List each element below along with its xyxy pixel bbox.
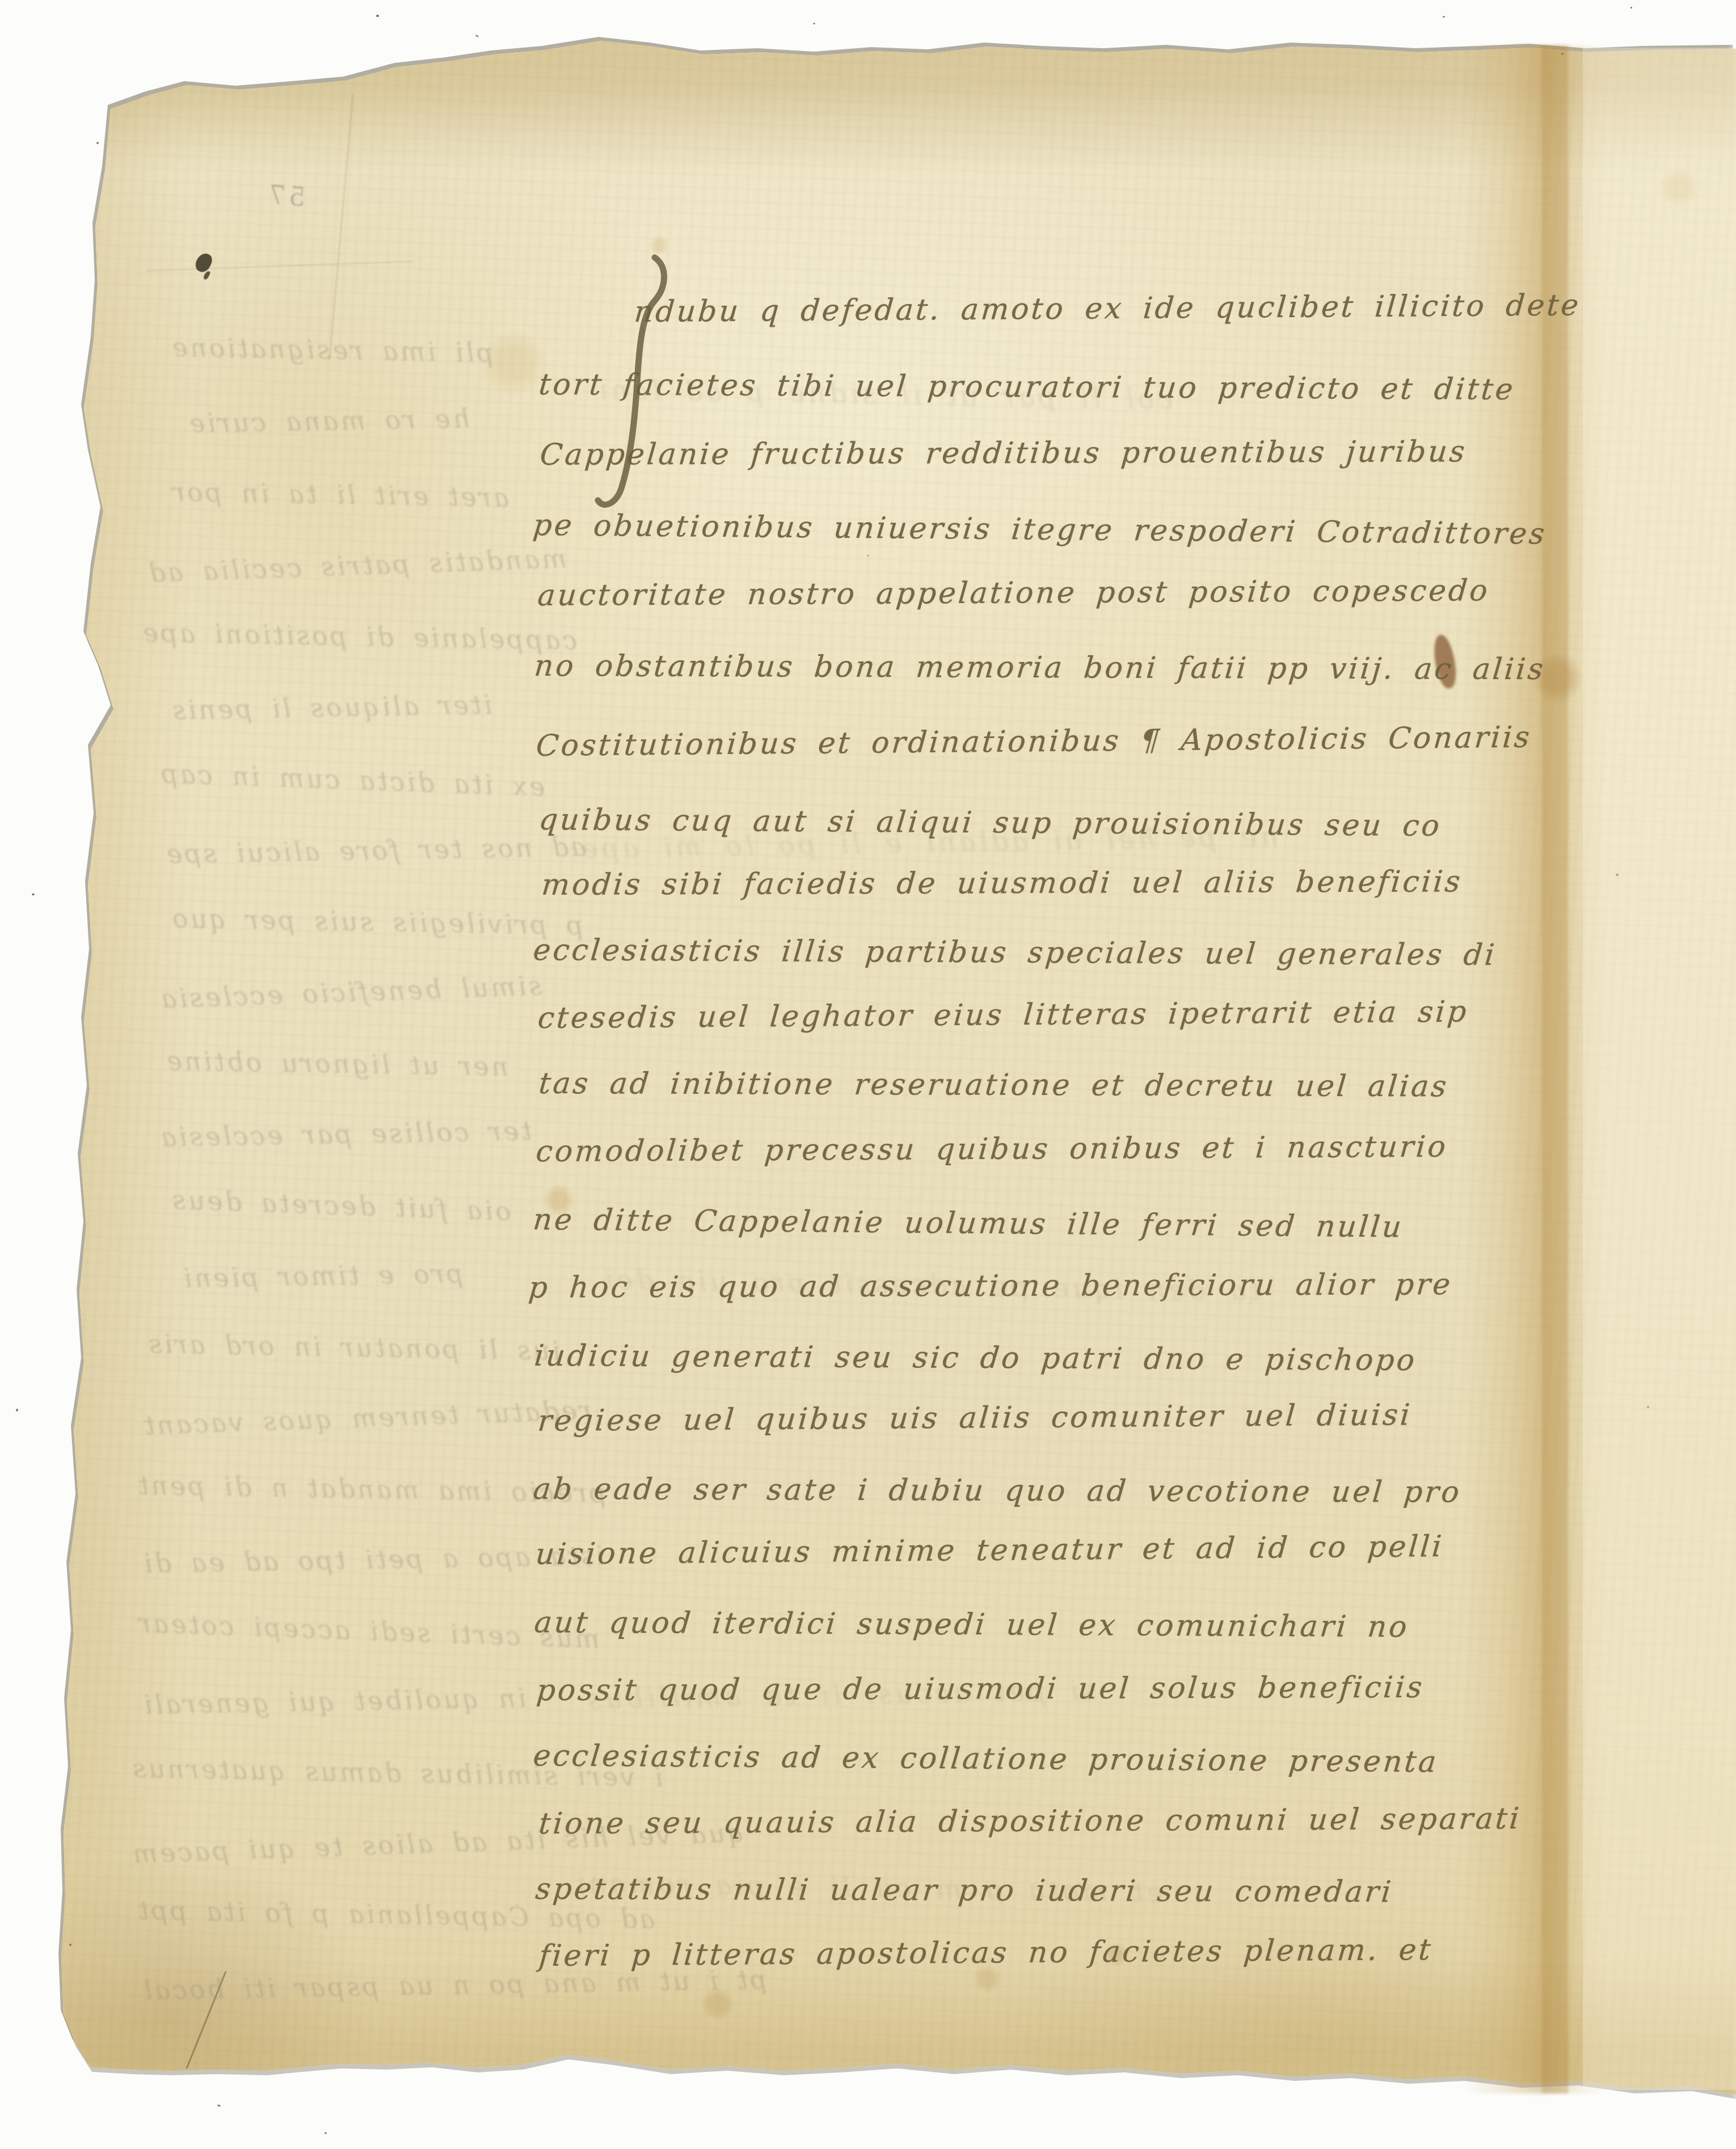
dust-speck	[96, 142, 99, 144]
bleedthrough-line: iter aliquos li penis	[170, 689, 492, 726]
fold-crease-line	[1542, 45, 1568, 2093]
dust-speck	[813, 23, 815, 24]
manuscript-line: tas ad inibitione reseruatione et decret…	[537, 1067, 1450, 1104]
paper-fleck	[867, 555, 869, 557]
dust-speck	[69, 1944, 71, 1946]
manuscript-line: Cappelanie fructibus redditibus prouenti…	[538, 435, 1468, 472]
manuscript-line: no obstantibus bona memoria boni fatii p…	[533, 649, 1547, 686]
dust-speck	[376, 15, 379, 17]
dust-speck	[217, 2104, 221, 2106]
manuscript-line: modis sibi faciedis de uiusmodi uel alii…	[540, 865, 1464, 902]
bleedthrough-line: he ro mana curie	[187, 403, 470, 439]
dust-speck	[1630, 7, 1632, 9]
folded-page-edge	[1583, 48, 1736, 2090]
manuscript-line: p hoc eis quo ad assecutione beneficioru…	[527, 1267, 1453, 1305]
manuscript-line: ecclesiasticis ad ex collatione prouisio…	[532, 1739, 1440, 1779]
manuscript-line: quibus cuq aut si aliqui sup prouisionib…	[537, 803, 1443, 843]
paper-fleck	[1647, 1406, 1649, 1408]
manuscript-line: ctesedis uel leghator eius litteras ipet…	[537, 995, 1470, 1035]
dust-speck	[32, 893, 35, 896]
bleedthrough-line: ter collise par ecclesia	[159, 1115, 532, 1152]
manuscript-line: aut quod iterdici suspedi uel ex comunic…	[533, 1606, 1410, 1644]
manuscript-line: tort facietes tibi uel procuratori tuo p…	[537, 368, 1516, 407]
dust-speck	[1443, 16, 1445, 18]
bleedthrough-line: pli ima resignatione	[170, 332, 494, 368]
paper-fleck	[1616, 874, 1619, 876]
manuscript-line: ndubu q defedat. amoto ex ide quclibet i…	[633, 288, 1582, 329]
dust-speck	[325, 2132, 327, 2134]
manuscript-line: fieri p litteras apostolicas no facietes…	[538, 1933, 1434, 1973]
dust-speck	[16, 1409, 18, 1411]
manuscript-line: tione seu quauis alia dispositione comun…	[538, 1802, 1523, 1841]
manuscript-line: comodolibet precessu quibus onibus et i …	[535, 1130, 1450, 1169]
bleedthrough-line: pro e timor pieni	[182, 1258, 464, 1294]
manuscript-line: ab eade ser sate i dubiu quo ad vecotion…	[532, 1472, 1463, 1510]
bleedthrough-line: aret erit li ta in por	[170, 477, 509, 513]
manuscript-line: auctoritate nostro appelatione post posi…	[537, 574, 1491, 613]
manuscript-line: ecclesiasticis illis partibus speciales …	[532, 933, 1498, 972]
manuscript-line: spetatibus nulli ualear pro iuderi seu c…	[534, 1872, 1394, 1909]
manuscript-line: iudiciu generati seu sic do patri dno e …	[533, 1339, 1418, 1377]
folio-number: 57	[264, 179, 306, 213]
manuscript-line: regiese uel quibus uis aliis comuniter u…	[537, 1398, 1413, 1438]
manuscript-line: possit quod que de uiusmodi uel solus be…	[535, 1671, 1425, 1708]
bleedthrough-line: ner ut lignoru obtine	[165, 1046, 509, 1082]
dust-speck	[475, 35, 479, 38]
scan-page: { "scan": { "background_color": "#fcfcfa…	[0, 0, 1736, 2149]
dust-speck	[1561, 53, 1564, 55]
